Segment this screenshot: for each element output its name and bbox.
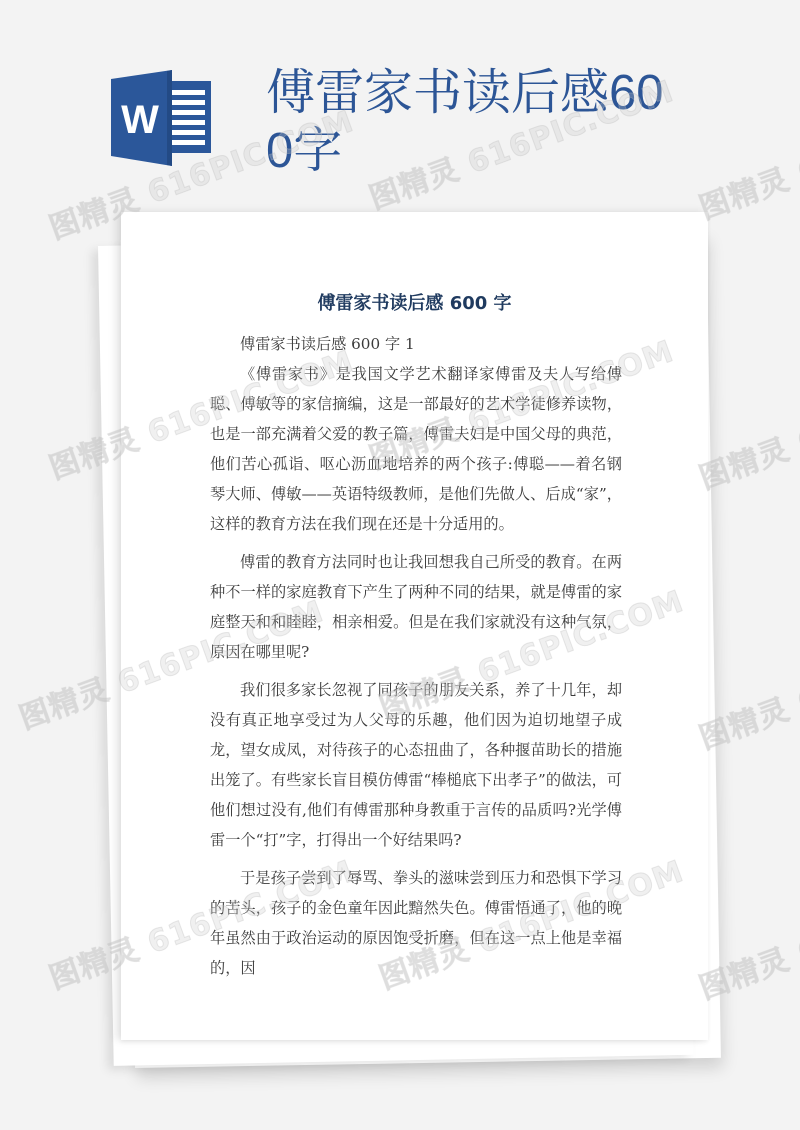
page-title: 傅雷家书读后感600字 (266, 64, 686, 180)
document-body: 傅雷家书读后感 600 字 1 《傅雷家书》是我国文学艺术翻译家傅雷及夫人写给傅… (210, 329, 622, 991)
paragraph-4: 于是孩子尝到了辱骂、拳头的滋味尝到压力和恐惧下学习的苦头，孩子的金色童年因此黯然… (210, 863, 622, 983)
document-page: 傅雷家书读后感 600 字 傅雷家书读后感 600 字 1 《傅雷家书》是我国文… (121, 212, 708, 1040)
word-document-icon: W (111, 70, 213, 166)
document-subheading: 傅雷家书读后感 600 字 1 (210, 329, 622, 359)
watermark: 图精灵 616PIC.COM (692, 76, 800, 227)
paragraph-3: 我们很多家长忽视了同孩子的朋友关系，养了十几年，却没有真正地享受过为人父母的乐趣… (210, 675, 622, 855)
paragraph-1: 《傅雷家书》是我国文学艺术翻译家傅雷及夫人写给傅聪、傅敏等的家信摘编，这是一部最… (210, 359, 622, 539)
document-title: 傅雷家书读后感 600 字 (121, 292, 708, 316)
svg-text:W: W (121, 98, 159, 142)
paragraph-2: 傅雷的教育方法同时也让我回想我自己所受的教育。在两种不一样的家庭教育下产生了两种… (210, 547, 622, 667)
